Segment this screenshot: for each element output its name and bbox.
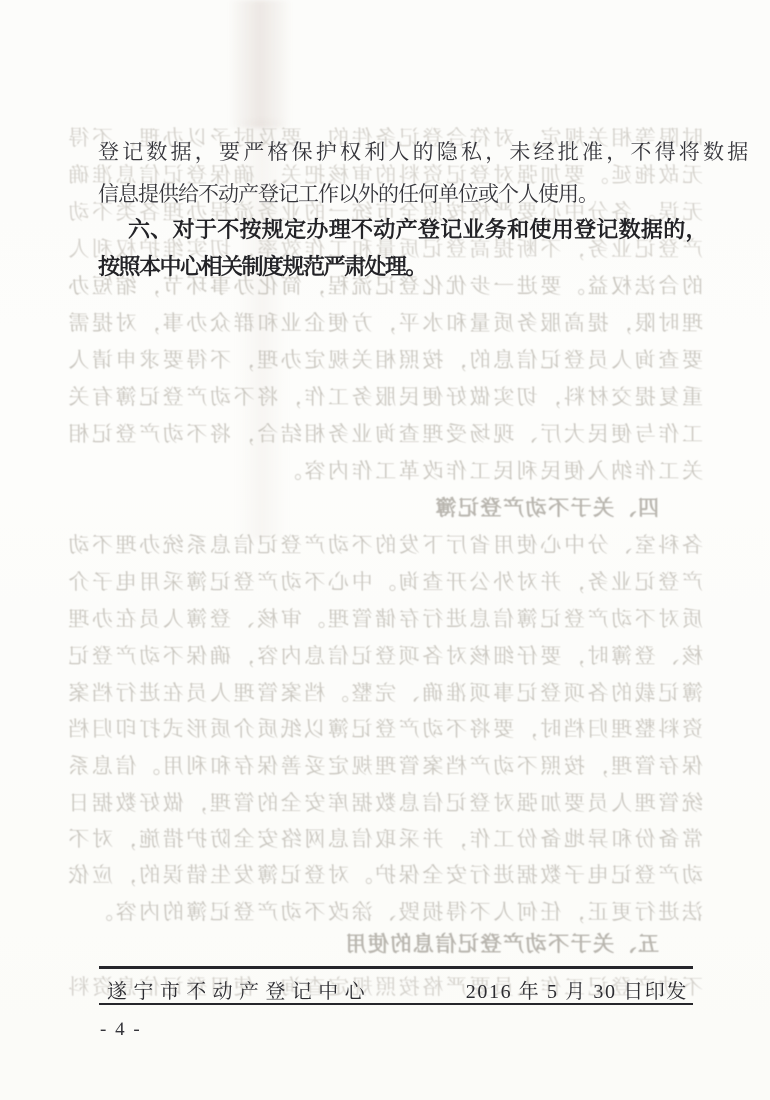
colophon-issuer: 遂宁市不动产登记中心	[107, 975, 371, 1004]
colophon-print-date: 2016 年 5 月 30 日印发	[466, 975, 688, 1004]
colophon-rule-top	[99, 966, 693, 969]
colophon-rule-bottom	[99, 1003, 693, 1005]
document-front-layer: 登记数据，要严格保护权利人的隐私，未经批准，不得将数据 信息提供给不动产登记工作…	[0, 0, 770, 1100]
paragraph-2-line-2: 按照本中心相关制度规范严肃处理。	[98, 250, 426, 281]
paragraph-2-line-1: 六、对于不按规定办理不动产登记业务和使用登记数据的，	[128, 213, 708, 244]
scanned-document-page: 时限等相关规定，对符合登记条件的，要及时予以办理，不得无故拖延。要加强对登记资料…	[0, 0, 770, 1100]
paragraph-1-line-1: 登记数据，要严格保护权利人的隐私，未经批准，不得将数据	[98, 136, 751, 166]
paragraph-1-line-2: 信息提供给不动产登记工作以外的任何单位或个人使用。	[98, 178, 598, 208]
page-number: - 4 -	[100, 1019, 142, 1041]
